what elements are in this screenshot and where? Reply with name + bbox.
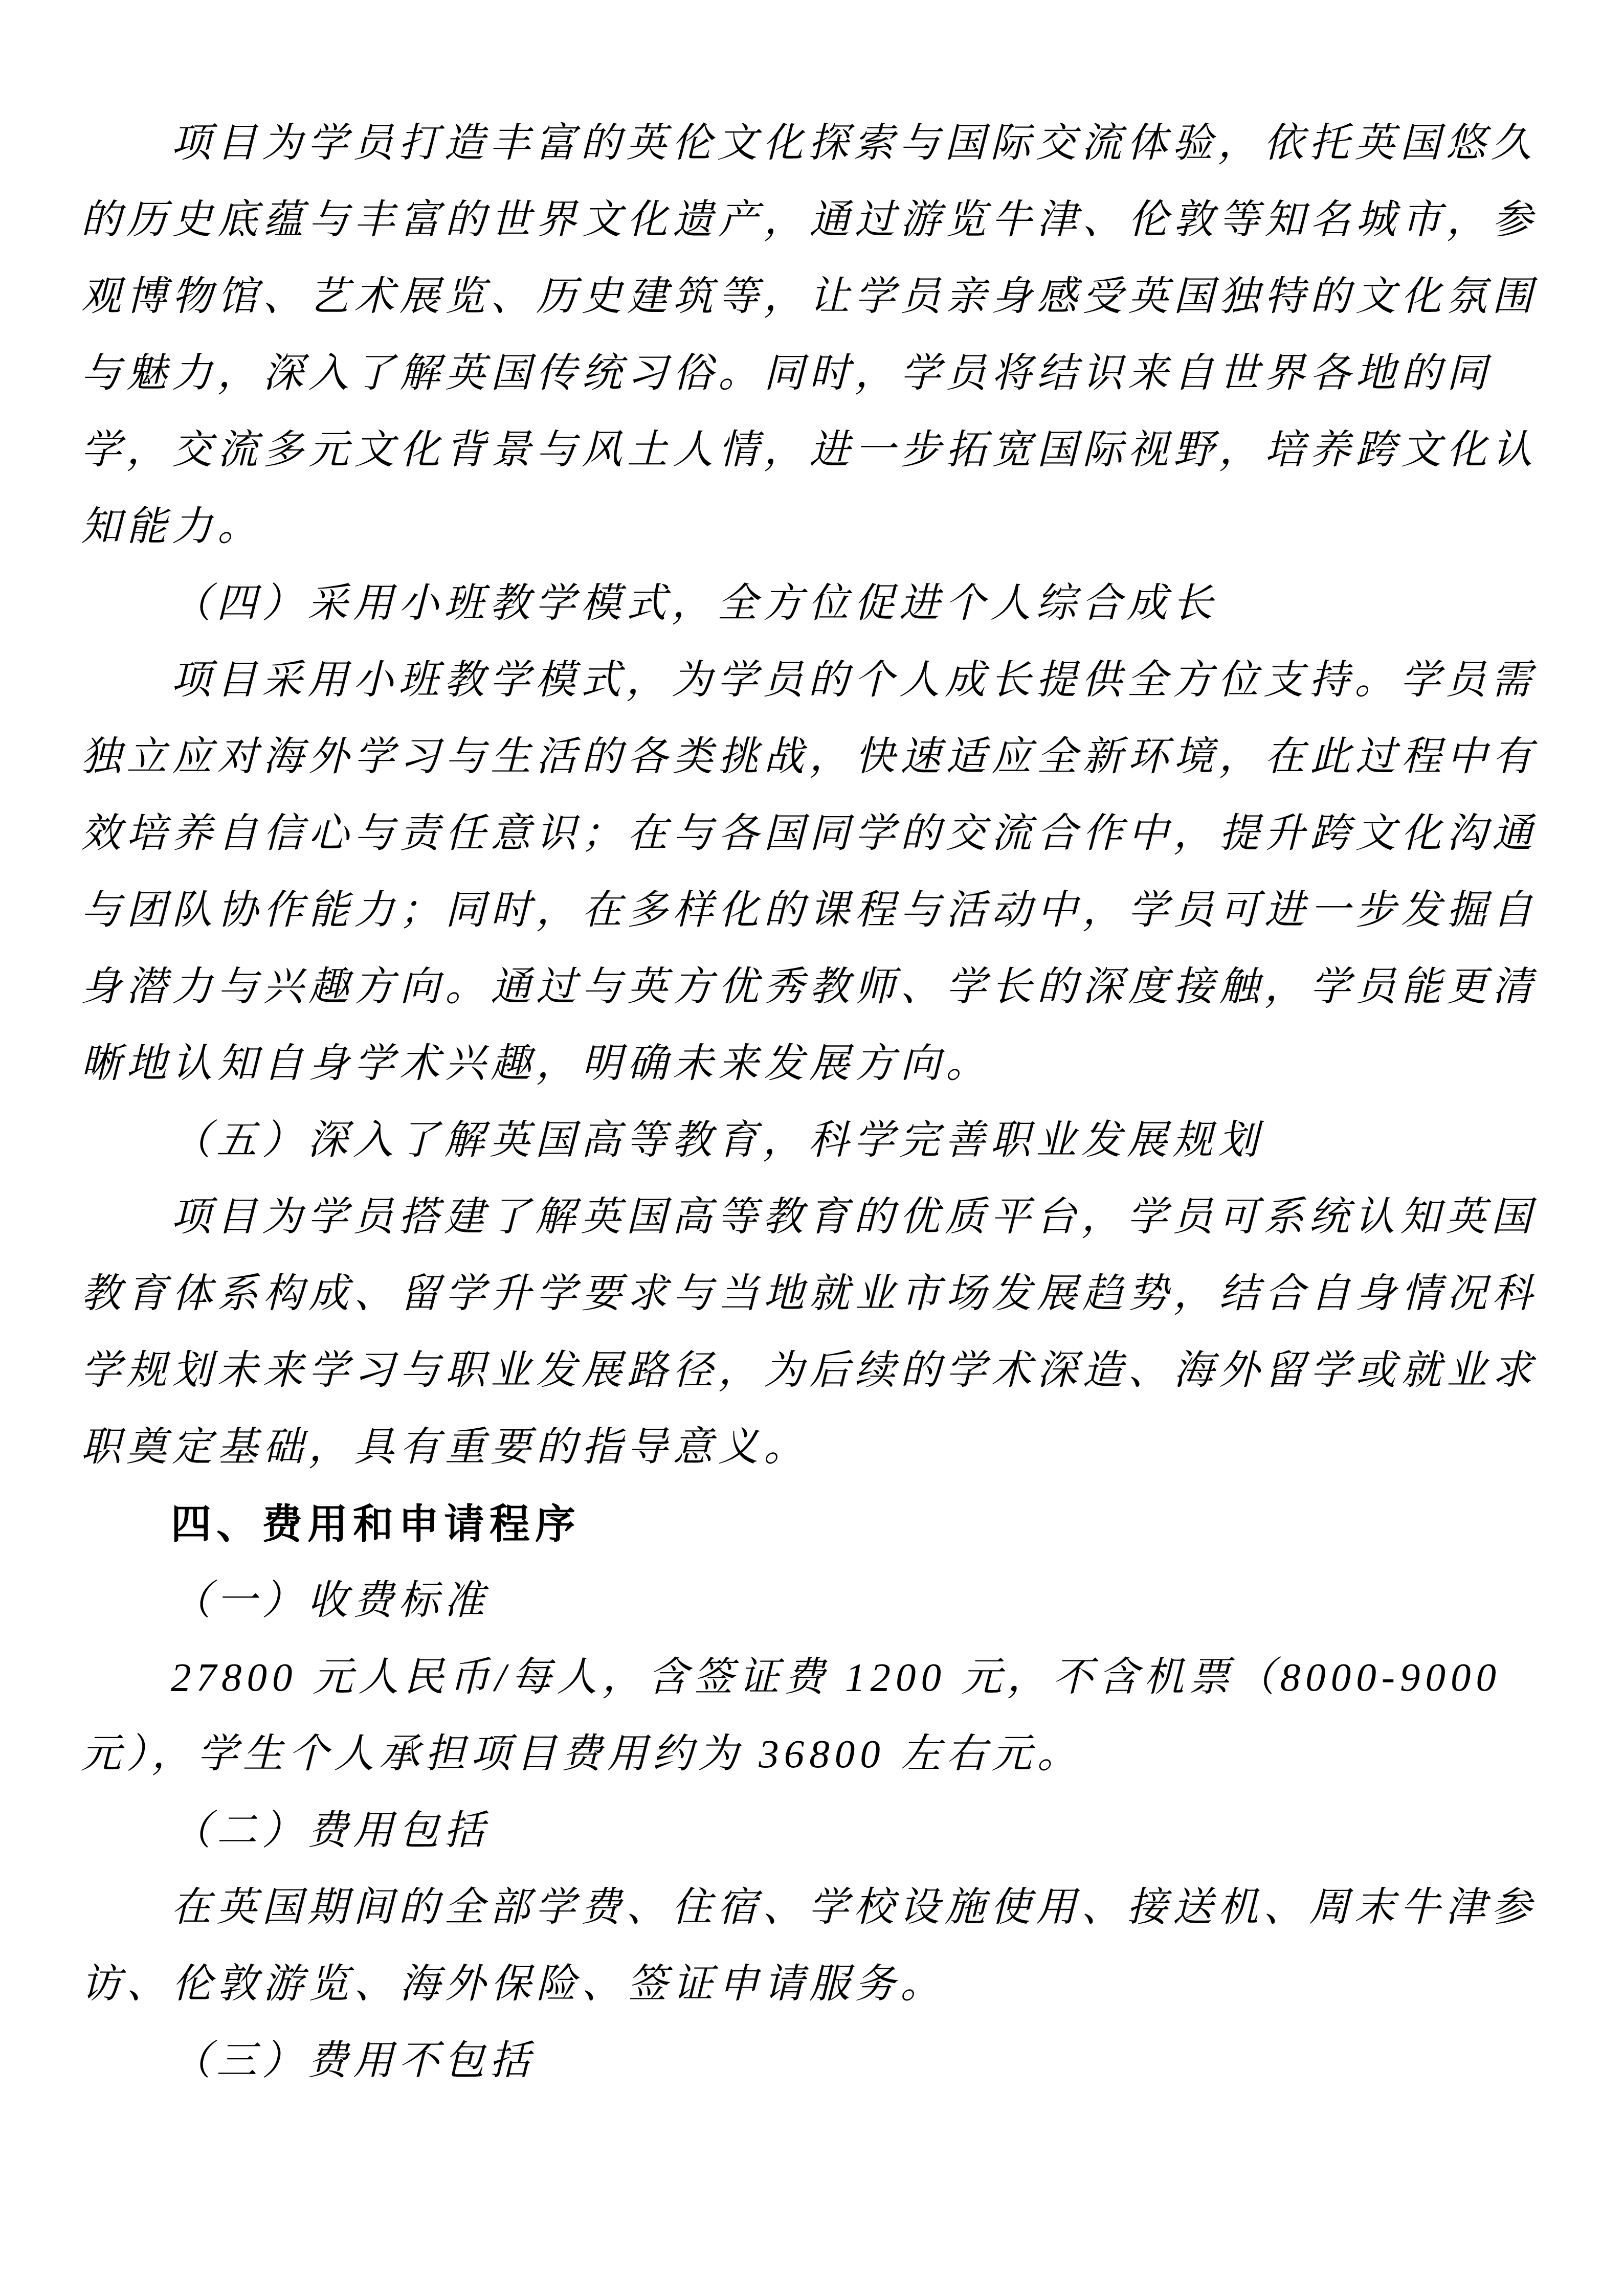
text-line: 的历史底蕴与丰富的世界文化遗产，通过游览牛津、伦敦等知名城市，参 <box>81 182 1544 259</box>
text-line: 项目为学员搭建了解英国高等教育的优质平台，学员可系统认知英国 <box>81 1179 1544 1256</box>
text-line: 学，交流多元文化背景与风土人情，进一步拓宽国际视野，培养跨文化认 <box>81 412 1544 489</box>
text-line: 访、伦敦游览、海外保险、签证申请服务。 <box>81 1946 1544 2023</box>
text-line: 项目为学员打造丰富的英伦文化探索与国际交流体验，依托英国悠久 <box>81 105 1544 182</box>
text-line: 27800 元人民币/每人，含签证费 1200 元，不含机票（8000-9000 <box>81 1639 1544 1716</box>
text-line: 知能力。 <box>81 489 1544 566</box>
text-line: 身潜力与兴趣方向。通过与英方优秀教师、学长的深度接触，学员能更清 <box>81 949 1544 1026</box>
text-line: 独立应对海外学习与生活的各类挑战，快速适应全新环境，在此过程中有 <box>81 719 1544 796</box>
text-line: （五）深入了解英国高等教育，科学完善职业发展规划 <box>81 1102 1544 1179</box>
text-line: （三）费用不包括 <box>81 2023 1544 2100</box>
text-line: （四）采用小班教学模式，全方位促进个人综合成长 <box>81 566 1544 642</box>
text-line: 与魅力，深入了解英国传统习俗。同时，学员将结识来自世界各地的同 <box>81 335 1544 412</box>
text-line: 效培养自信心与责任意识；在与各国同学的交流合作中，提升跨文化沟通 <box>81 796 1544 872</box>
document-page: 项目为学员打造丰富的英伦文化探索与国际交流体验，依托英国悠久的历史底蕴与丰富的世… <box>0 0 1624 2296</box>
text-line: 元），学生个人承担项目费用约为 36800 左右元。 <box>81 1716 1544 1793</box>
text-line: 晰地认知自身学术兴趣，明确未来发展方向。 <box>81 1026 1544 1102</box>
text-line: 教育体系构成、留学升学要求与当地就业市场发展趋势，结合自身情况科 <box>81 1256 1544 1333</box>
text-line: 职奠定基础，具有重要的指导意义。 <box>81 1409 1544 1486</box>
text-line: 学规划未来学习与职业发展路径，为后续的学术深造、海外留学或就业求 <box>81 1333 1544 1409</box>
text-line: 与团队协作能力；同时，在多样化的课程与活动中，学员可进一步发掘自 <box>81 872 1544 949</box>
text-line: （二）费用包括 <box>81 1793 1544 1870</box>
text-line: （一）收费标准 <box>81 1563 1544 1639</box>
document-content: 项目为学员打造丰富的英伦文化探索与国际交流体验，依托英国悠久的历史底蕴与丰富的世… <box>81 105 1544 2100</box>
text-line: 观博物馆、艺术展览、历史建筑等，让学员亲身感受英国独特的文化氛围 <box>81 259 1544 335</box>
text-line: 在英国期间的全部学费、住宿、学校设施使用、接送机、周末牛津参 <box>81 1870 1544 1946</box>
text-line: 项目采用小班教学模式，为学员的个人成长提供全方位支持。学员需 <box>81 642 1544 719</box>
section-heading: 四、费用和申请程序 <box>81 1486 1544 1563</box>
